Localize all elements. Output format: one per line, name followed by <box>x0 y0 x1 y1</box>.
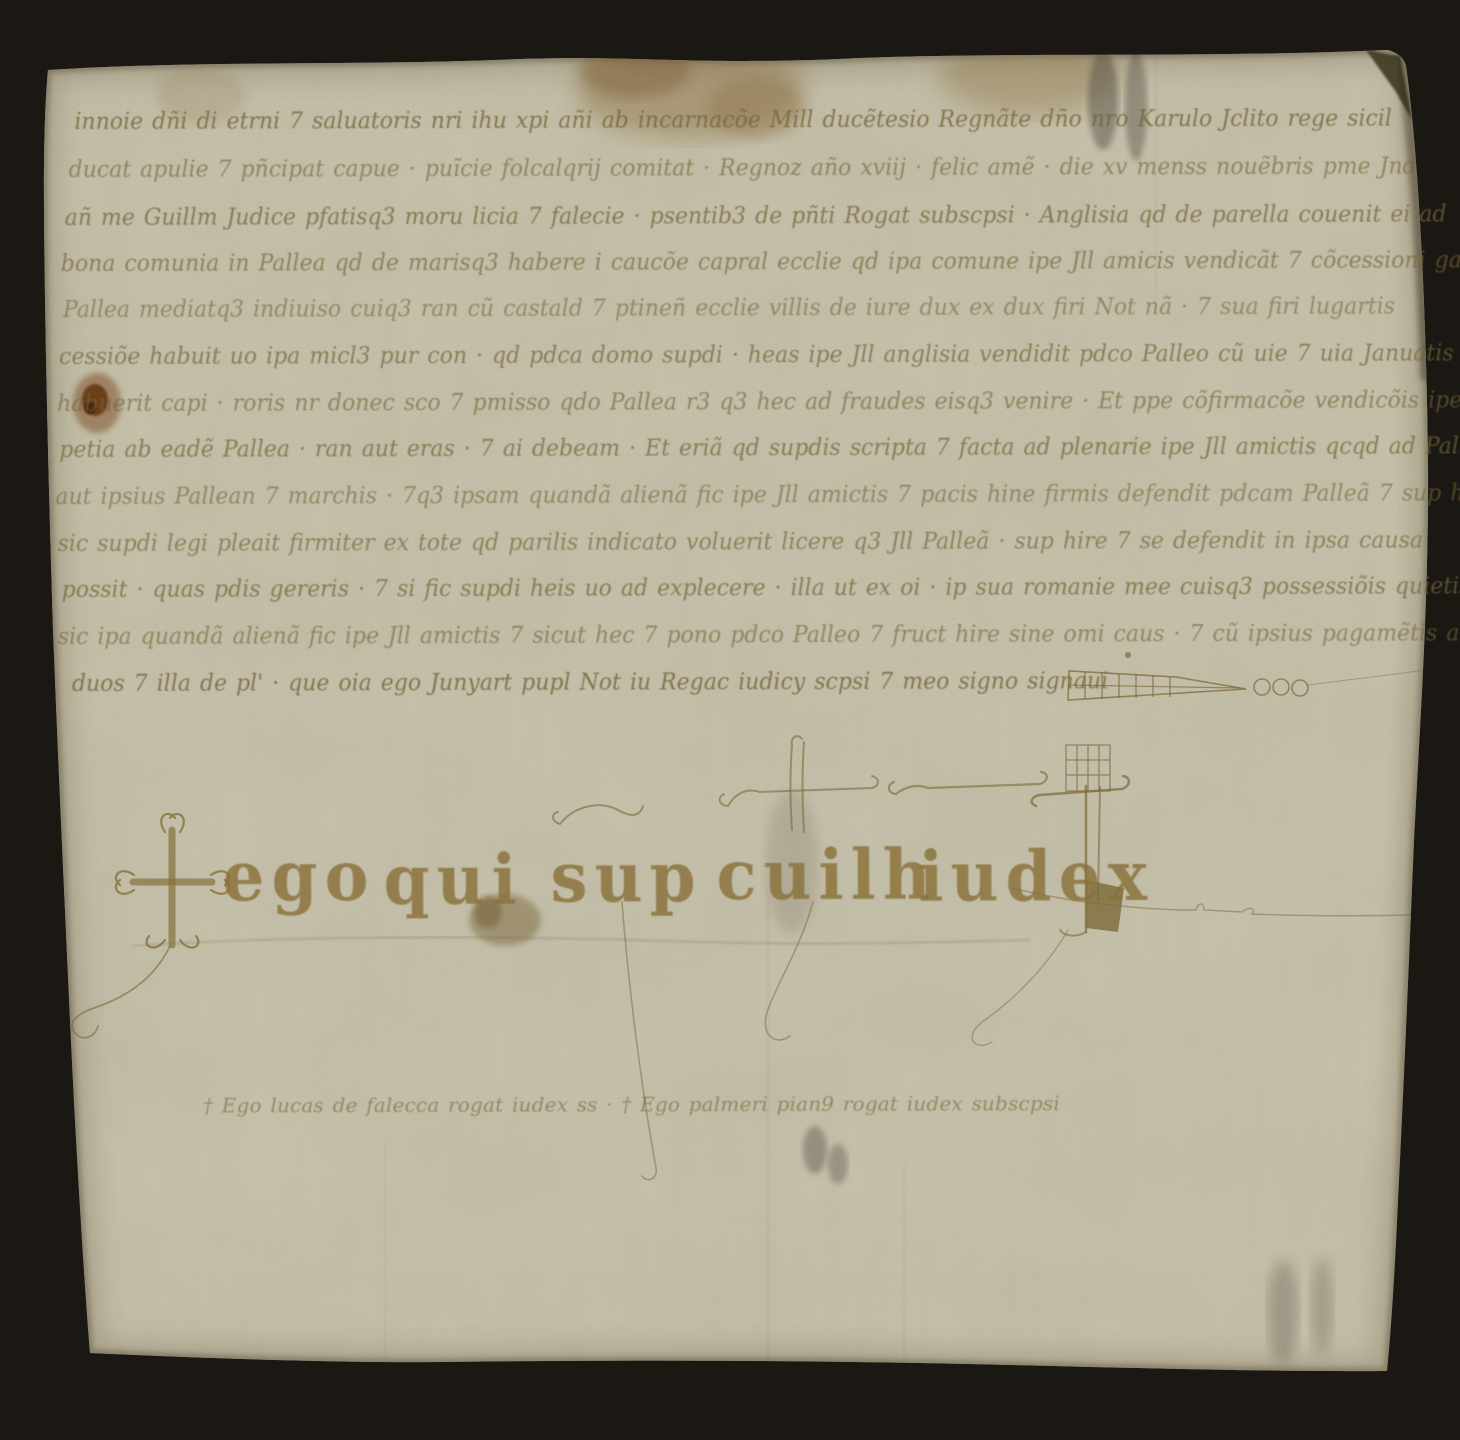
charter-text-line: sic ipa quandã alienã fic ipe Jll amicti… <box>58 620 1460 650</box>
display-word: cuilh <box>716 834 938 916</box>
charter-text-line: bona comunia in Pallea qd de marisq3 hab… <box>61 247 1460 277</box>
display-word: ego <box>222 835 375 917</box>
witness-line: † Ego lucas de falecca rogat iudex ss · … <box>203 1091 1060 1117</box>
charter-text-line: añ me Guillm Judice pfatisq3 moru licia … <box>65 201 1447 231</box>
charter-text-line: sic supdi legi pleait firmiter ex tote q… <box>58 527 1424 557</box>
display-word: iudex <box>918 835 1154 918</box>
charter-text-line: habuerit capi · roris nr donec sco 7 pmi… <box>57 387 1460 417</box>
charter-text-line: ducat apulie 7 pñcipat capue · puĩcie fo… <box>69 153 1417 183</box>
charter-text-block: innoie dñi di etrni 7 saluatoris nri ihu… <box>0 0 1460 1440</box>
charter-text-line: innoie dñi di etrni 7 saluatoris nri ihu… <box>74 106 1392 136</box>
charter-text-line: aut ipsius Pallean 7 marchis · 7q3 ipsam… <box>55 480 1460 510</box>
display-word: sup <box>550 836 703 918</box>
charter-text-line: petia ab eadẽ Pallea · ran aut eras · 7 … <box>59 433 1460 463</box>
display-word: qui <box>383 839 523 921</box>
charter-text-line: duos 7 illa de pl' · que oia ego Junyart… <box>72 668 1108 697</box>
charter-text-line: possit · quas pdis gereris · 7 si fic su… <box>62 573 1460 603</box>
charter-text-line: Pallea mediatq3 indiuiso cuiq3 ran cũ ca… <box>63 294 1395 324</box>
charter-photograph: innoie dñi di etrni 7 saluatoris nri ihu… <box>0 0 1460 1440</box>
charter-text-line: cessiõe habuit uo ipa micl3 pur con · qd… <box>59 340 1454 370</box>
